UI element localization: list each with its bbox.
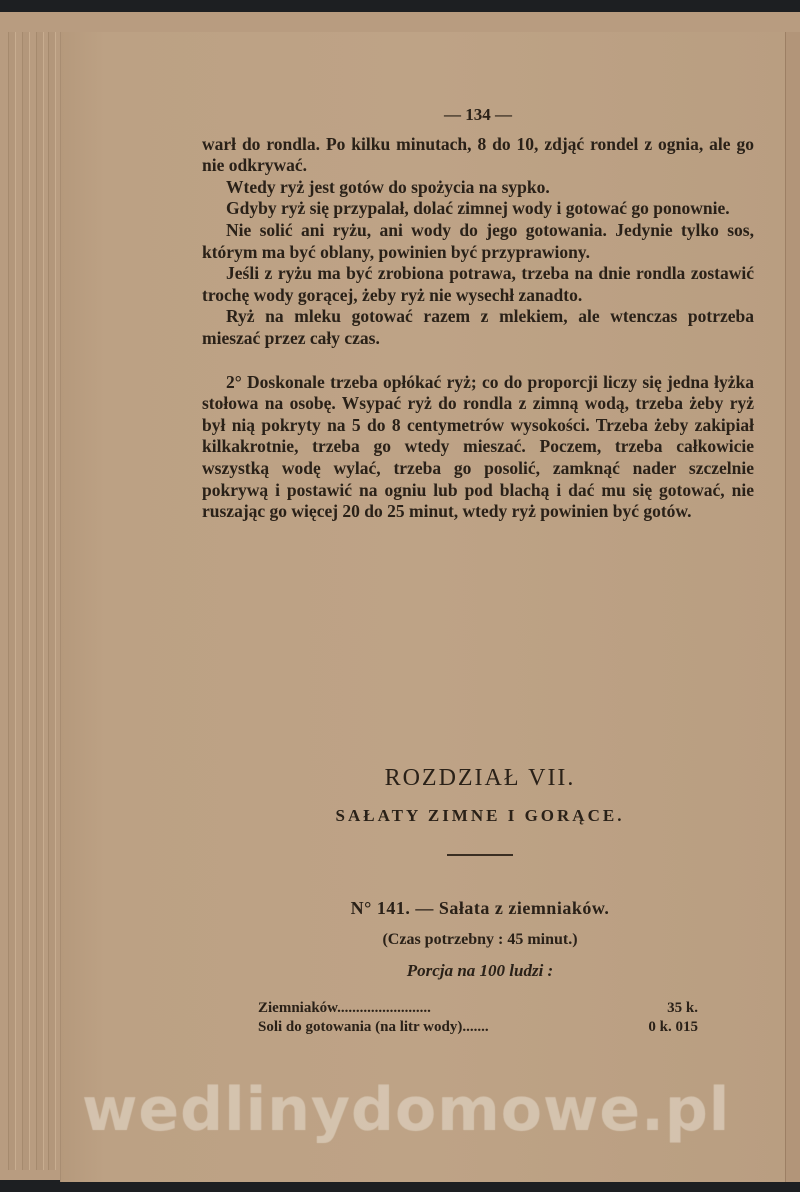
page-stack-edge — [22, 32, 30, 1170]
ingredient-list: Ziemniaków......................... 35 k… — [258, 999, 698, 1037]
page-stack-edge — [8, 32, 16, 1170]
paragraph-gap — [202, 350, 754, 372]
chapter-subtitle: SAŁATY ZIMNE I GORĄCE. — [200, 806, 760, 826]
chapter-heading: ROZDZIAŁ VII. SAŁATY ZIMNE I GORĄCE. — [200, 765, 760, 856]
ingredient-name: Ziemniaków......................... — [258, 999, 431, 1018]
recipe-title: N° 141. — Sałata z ziemniaków. — [200, 898, 760, 919]
ingredient-name: Soli do gotowania (na litr wody)....... — [258, 1018, 489, 1037]
ingredient-row: Soli do gotowania (na litr wody)....... … — [258, 1018, 698, 1037]
paragraph: 2° Doskonale trzeba opłókać ryż; co do p… — [202, 372, 754, 523]
recipe-section: N° 141. — Sałata z ziemniaków. (Czas pot… — [200, 898, 760, 1037]
paragraph: warł do rondla. Po kilku minutach, 8 do … — [202, 134, 754, 177]
paragraph: Wtedy ryż jest gotów do spożycia na sypk… — [202, 177, 754, 199]
ingredient-amount: 0 k. 015 — [648, 1018, 698, 1037]
paragraph: Nie solić ani ryżu, ani wody do jego got… — [202, 220, 754, 263]
page-stack-edge — [36, 32, 44, 1170]
ingredient-row: Ziemniaków......................... 35 k… — [258, 999, 698, 1018]
divider-rule — [447, 854, 513, 856]
chapter-title: ROZDZIAŁ VII. — [200, 765, 760, 792]
recipe-time: (Czas potrzebny : 45 minut.) — [200, 931, 760, 949]
paragraph: Ryż na mleku gotować razem z mlekiem, al… — [202, 306, 754, 349]
page-stack-edge — [48, 32, 56, 1170]
paragraph: Jeśli z ryżu ma być zrobiona potrawa, tr… — [202, 263, 754, 306]
page-right-edge — [785, 32, 800, 1182]
paragraph: Gdyby ryż się przypalał, dolać zimnej wo… — [202, 198, 754, 220]
page-number: — 134 — — [202, 104, 754, 126]
ingredient-amount: 35 k. — [667, 999, 698, 1018]
recipe-portion: Porcja na 100 ludzi : — [200, 961, 760, 981]
watermark: wedlinydomowe.pl — [82, 1075, 722, 1145]
body-text: — 134 — warł do rondla. Po kilku minutac… — [202, 104, 754, 523]
